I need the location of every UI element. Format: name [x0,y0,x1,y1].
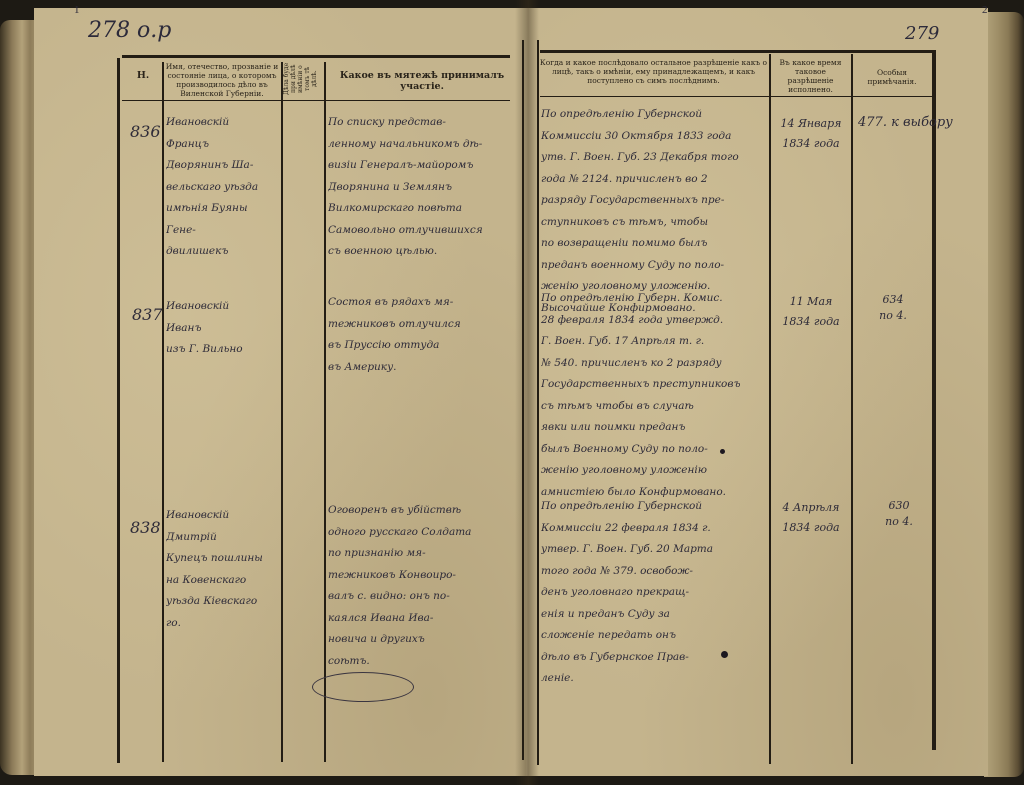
book-gutter [515,0,539,785]
col-rule-number [162,62,164,762]
ink-blot [721,651,728,658]
row-name: Ивановскій Иванъ изъ Г. Вильно [166,296,280,361]
row-participation: По списку представ- ленному начальникомъ… [328,112,518,263]
header-notes: Особыя примѣчанія. [853,68,931,86]
row-name: Ивановскій Францъ Дворянинъ Ша- вельскаг… [166,112,280,263]
outer-rule-left [117,58,120,763]
col-rule-resolution [769,54,771,764]
row-resolution: По опредѣленію Губернской Коммиссіи 22 ф… [541,496,767,690]
header-bottom-rule-left [122,100,510,101]
col-rule-participation [522,40,524,760]
corner-mark-left: 1 [74,4,80,16]
folio-number-right: 279 [905,23,939,44]
row-participation: Состоя въ рядахъ мя- тежниковъ отлучился… [328,292,518,378]
row-notes: 477. к выбору [858,112,1008,134]
header-number: Н. [124,70,162,81]
corner-mark-right: 2 [982,4,988,16]
row-executed: 11 Мая 1834 года [772,292,850,332]
folio-number-left: 278 о.р [88,18,171,43]
col-rule-name [281,62,283,762]
ink-blot [720,449,725,454]
outer-rule-right [932,50,936,750]
row-notes: 630 по 4. [862,498,936,530]
header-resolution: Когда и какое послѣдовало остальное разр… [539,58,768,85]
row-executed: 4 Апрѣля 1834 года [772,498,850,538]
row-notes: 634 по 4. [856,292,930,324]
ledger-book: 1 2 278 о.р 279 Н. Имя, отечество, прозв… [0,0,1024,785]
row-participation: Оговоренъ въ убійствѣ одного русскаго Со… [328,500,518,672]
row-number: 838 [130,518,164,538]
col-rule-property [324,62,326,762]
row-number: 837 [132,305,164,325]
row-name: Ивановскій Дмитрій Купецъ пошлины на Ков… [166,505,280,634]
row-resolution: По опредѣленію Губерн. Комис. 28 февраля… [541,288,767,503]
header-top-rule-left [122,55,510,58]
row-resolution: По опредѣленію Губернской Коммиссіи 30 О… [541,104,767,319]
header-bottom-rule-right [540,96,932,97]
header-name: Имя, отечество, прозваніе и состояніе ли… [164,62,280,98]
header-top-rule-right [540,50,932,53]
header-participation: Какое въ мятежѣ принималъ участіе. [326,70,518,92]
row-number: 836 [130,122,164,142]
col-rule-executed [851,54,853,764]
row-executed: 14 Января 1834 года [772,114,850,154]
header-executed: Въ какое время таковое разрѣшеніе исполн… [771,58,850,94]
col-rule-resolution-left [537,40,539,765]
header-property: Дѣла буде при дѣлѣ имѣніи о томъ тѣ дѣлѣ… [283,60,323,98]
ink-flourish [312,672,414,702]
